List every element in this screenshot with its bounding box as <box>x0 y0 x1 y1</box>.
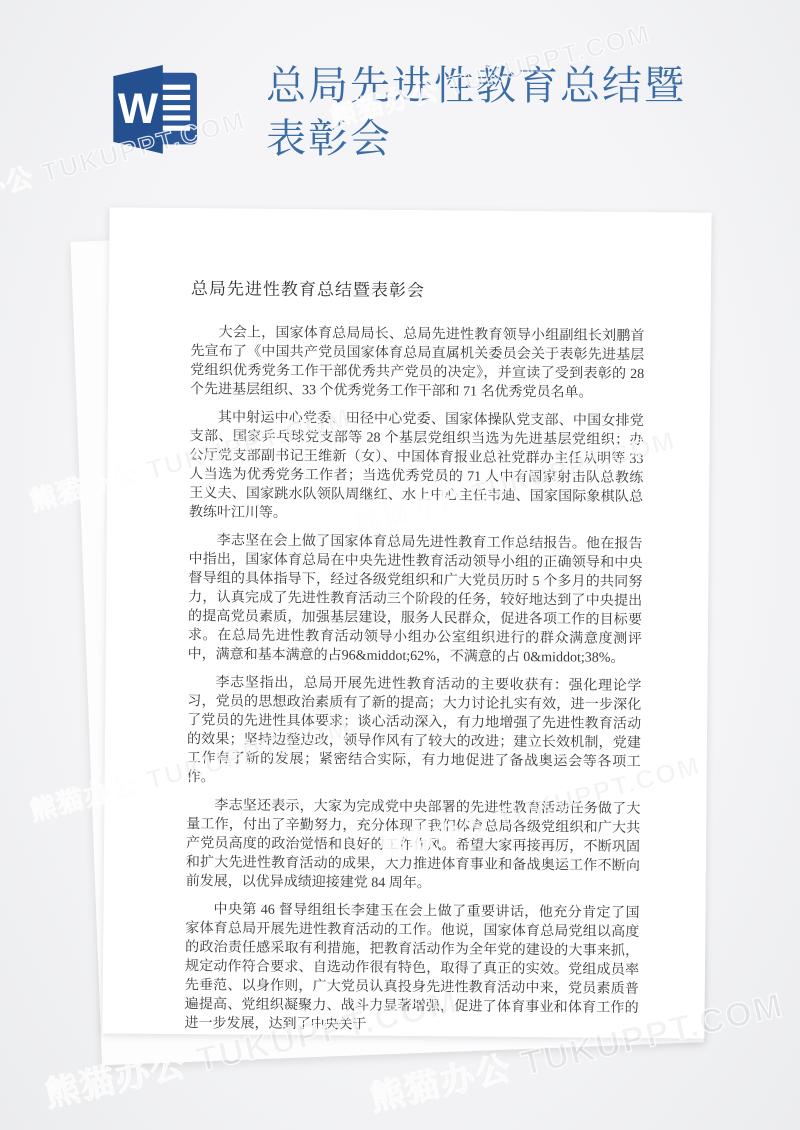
doc-paragraph: 中央第 46 督导组组长李建玉在会上做了重要讲话，他充分肯定了国家体育总局开展先… <box>184 900 639 1037</box>
document-page: 总局先进性教育总结暨表彰会 大会上，国家体育总局局长、总局先进性教育领导小组副组… <box>102 207 711 1038</box>
word-document-icon: W <box>86 42 214 170</box>
page-title: 总局先进性教育总结暨 表彰会 <box>266 60 786 166</box>
doc-paragraph: 大会上，国家体育总局局长、总局先进性教育领导小组副组长刘鹏首先宣布了《中国共产党… <box>190 323 645 403</box>
document-header: W 总局先进性教育总结暨 表彰会 <box>86 42 786 170</box>
page-title-line2: 表彰会 <box>266 117 392 161</box>
page-title-line1: 总局先进性教育总结暨 <box>266 64 686 108</box>
doc-title: 总局先进性教育总结暨表彰会 <box>191 274 645 303</box>
document-content: 总局先进性教育总结暨表彰会 大会上，国家体育总局局长、总局先进性教育领导小组副组… <box>102 207 711 1037</box>
doc-body: 大会上，国家体育总局局长、总局先进性教育领导小组副组长刘鹏首先宣布了《中国共产党… <box>184 323 644 1037</box>
word-icon-letter: W <box>118 85 159 133</box>
doc-paragraph: 其中射运中心党委、田径中心党委、国家体操队党支部、中国女排党支部、国家乒乓球党支… <box>189 408 644 526</box>
doc-paragraph: 李志坚指出，总局开展先进性教育活动的主要收获有：强化理论学习，党员的思想政治素质… <box>187 673 642 791</box>
doc-paragraph: 李志坚还表示，大家为完成党中央部署的先进性教育活动任务做了大量工作，付出了辛勤努… <box>186 796 641 895</box>
doc-paragraph: 李志坚在会上做了国家体育总局先进性教育工作总结报告。他在报告中指出，国家体育总局… <box>188 531 643 668</box>
